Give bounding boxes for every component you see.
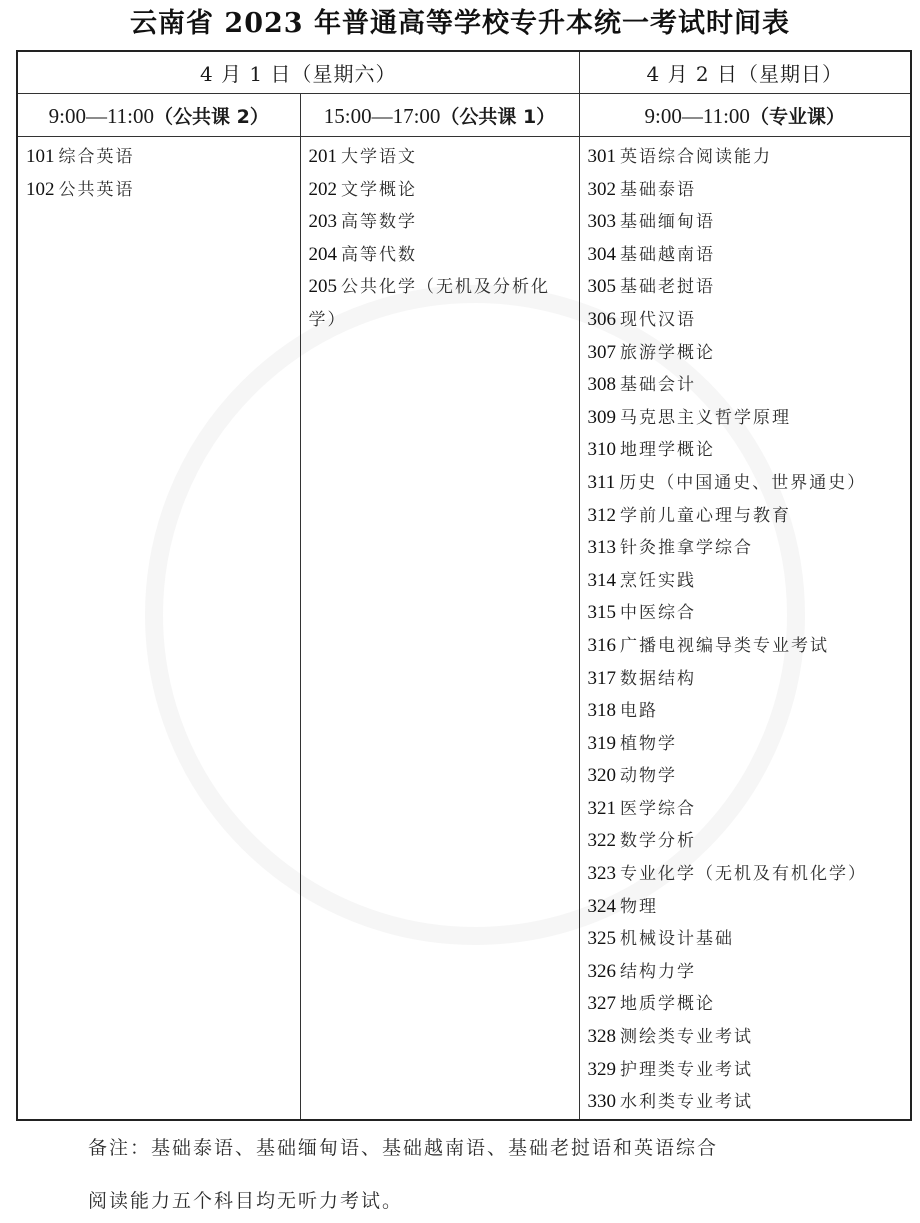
subject-code: 102	[26, 179, 55, 200]
session-header-row: 9:00—11:00（公共课 2） 15:00—17:00（公共课 1） 9:0…	[17, 94, 911, 137]
subject-item: 102公共英语	[26, 174, 300, 207]
subject-code: 325	[588, 928, 617, 949]
subject-code: 323	[588, 863, 617, 884]
subject-code: 101	[26, 146, 55, 167]
subject-code: 309	[588, 407, 617, 428]
subject-item: 205公共化学（无机及分析化学）	[309, 271, 579, 336]
subject-name: 英语综合阅读能力	[620, 147, 772, 167]
subject-code: 311	[588, 472, 616, 493]
subject-name: 数学分析	[620, 831, 696, 851]
session-header-public-2: 9:00—11:00（公共课 2）	[17, 94, 300, 137]
subject-item: 309马克思主义哲学原理	[588, 402, 911, 435]
subject-item: 301英语综合阅读能力	[588, 141, 911, 174]
subject-code: 308	[588, 374, 617, 395]
subject-item: 204高等代数	[309, 239, 579, 272]
subject-code: 302	[588, 179, 617, 200]
subject-code: 319	[588, 733, 617, 754]
session-type: （公共课 1）	[440, 106, 555, 128]
subject-name: 医学综合	[620, 799, 696, 819]
subject-code: 301	[588, 146, 617, 167]
session-time: 15:00—17:00	[324, 104, 441, 128]
subject-name: 综合英语	[59, 147, 135, 167]
subject-code: 203	[309, 211, 338, 232]
subjects-row: 101综合英语102公共英语 201大学语文202文学概论203高等数学204高…	[17, 137, 911, 1121]
subject-item: 319植物学	[588, 728, 911, 761]
subject-code: 306	[588, 309, 617, 330]
subject-name: 测绘类专业考试	[620, 1027, 753, 1047]
subject-name: 地理学概论	[620, 440, 715, 460]
subject-code: 322	[588, 830, 617, 851]
subject-item: 324物理	[588, 891, 911, 924]
subject-item: 311历史（中国通史、世界通史）	[588, 467, 911, 500]
subject-name: 护理类专业考试	[620, 1060, 753, 1080]
subject-code: 303	[588, 211, 617, 232]
subject-code: 330	[588, 1091, 617, 1112]
subject-item: 316广播电视编导类专业考试	[588, 630, 911, 663]
subject-name: 电路	[620, 701, 658, 721]
subject-item: 203高等数学	[309, 206, 579, 239]
subject-name: 基础泰语	[620, 180, 696, 200]
subject-code: 205	[309, 276, 338, 297]
subject-code: 324	[588, 896, 617, 917]
subject-name: 物理	[620, 897, 658, 917]
subject-code: 310	[588, 439, 617, 460]
subject-name: 基础会计	[620, 375, 696, 395]
subject-name: 专业化学（无机及有机化学）	[620, 864, 867, 884]
subject-name: 结构力学	[620, 962, 696, 982]
session-time: 9:00—11:00	[49, 104, 154, 128]
document-title: 云南省 2023 年普通高等学校专升本统一考试时间表	[0, 4, 920, 44]
subject-item: 312学前儿童心理与教育	[588, 500, 911, 533]
subject-name: 马克思主义哲学原理	[620, 408, 791, 428]
subject-name: 地质学概论	[620, 994, 715, 1014]
subject-code: 201	[309, 146, 338, 167]
subject-item: 315中医综合	[588, 597, 911, 630]
subject-name: 公共英语	[59, 180, 135, 200]
subject-item: 320动物学	[588, 760, 911, 793]
subject-item: 308基础会计	[588, 369, 911, 402]
subject-item: 304基础越南语	[588, 239, 911, 272]
subject-name: 文学概论	[341, 180, 417, 200]
subject-item: 305基础老挝语	[588, 271, 911, 304]
subject-code: 320	[588, 765, 617, 786]
subject-item: 303基础缅甸语	[588, 206, 911, 239]
subject-item: 330水利类专业考试	[588, 1086, 911, 1119]
subject-item: 329护理类专业考试	[588, 1054, 911, 1087]
subject-name: 针灸推拿学综合	[620, 538, 753, 558]
subject-item: 302基础泰语	[588, 174, 911, 207]
date-header-apr-1: 4 月 1 日（星期六）	[17, 51, 579, 94]
subject-code: 313	[588, 537, 617, 558]
subject-code: 326	[588, 961, 617, 982]
subject-name: 大学语文	[341, 147, 417, 167]
subject-item: 201大学语文	[309, 141, 579, 174]
subject-name: 广播电视编导类专业考试	[620, 636, 829, 656]
subject-item: 101综合英语	[26, 141, 300, 174]
subject-name: 基础老挝语	[620, 277, 715, 297]
subject-code: 204	[309, 244, 338, 265]
date-header-apr-2: 4 月 2 日（星期日）	[579, 51, 911, 94]
subject-name: 基础越南语	[620, 245, 715, 265]
subject-code: 304	[588, 244, 617, 265]
subject-code: 305	[588, 276, 617, 297]
subject-item: 306现代汉语	[588, 304, 911, 337]
subject-item: 307旅游学概论	[588, 337, 911, 370]
subjects-column-public-1: 201大学语文202文学概论203高等数学204高等代数205公共化学（无机及分…	[300, 137, 579, 1121]
subject-name: 旅游学概论	[620, 343, 715, 363]
subject-name: 高等数学	[341, 212, 417, 232]
subject-item: 314烹饪实践	[588, 565, 911, 598]
subject-code: 316	[588, 635, 617, 656]
subject-code: 307	[588, 342, 617, 363]
subject-name: 数据结构	[620, 669, 696, 689]
subject-name: 高等代数	[341, 245, 417, 265]
subject-name: 现代汉语	[620, 310, 696, 330]
subjects-column-major: 301英语综合阅读能力302基础泰语303基础缅甸语304基础越南语305基础老…	[579, 137, 911, 1121]
subject-code: 329	[588, 1059, 617, 1080]
session-type: （公共课 2）	[154, 106, 269, 128]
subject-code: 327	[588, 993, 617, 1014]
session-header-public-1: 15:00—17:00（公共课 1）	[300, 94, 579, 137]
subject-code: 317	[588, 668, 617, 689]
subject-name: 公共化学（无机及分析化学）	[309, 277, 551, 330]
subject-item: 327地质学概论	[588, 988, 911, 1021]
subject-code: 202	[309, 179, 338, 200]
subject-item: 325机械设计基础	[588, 923, 911, 956]
subject-name: 历史（中国通史、世界通史）	[619, 473, 866, 493]
exam-schedule-table: 4 月 1 日（星期六） 4 月 2 日（星期日） 9:00—11:00（公共课…	[16, 50, 912, 1121]
subject-item: 310地理学概论	[588, 434, 911, 467]
note-line-2: 阅读能力五个科目均无听力考试。	[88, 1186, 878, 1213]
subjects-column-public-2: 101综合英语102公共英语	[17, 137, 300, 1121]
subject-code: 315	[588, 602, 617, 623]
subject-name: 动物学	[620, 766, 677, 786]
session-header-major: 9:00—11:00（专业课）	[579, 94, 911, 137]
subject-name: 植物学	[620, 734, 677, 754]
subject-item: 317数据结构	[588, 663, 911, 696]
subject-item: 202文学概论	[309, 174, 579, 207]
subject-code: 318	[588, 700, 617, 721]
subject-item: 313针灸推拿学综合	[588, 532, 911, 565]
subject-item: 318电路	[588, 695, 911, 728]
subject-item: 323专业化学（无机及有机化学）	[588, 858, 911, 891]
subject-name: 中医综合	[620, 603, 696, 623]
subject-item: 321医学综合	[588, 793, 911, 826]
subject-code: 314	[588, 570, 617, 591]
subject-item: 328测绘类专业考试	[588, 1021, 911, 1054]
session-type: （专业课）	[750, 106, 845, 128]
date-header-row: 4 月 1 日（星期六） 4 月 2 日（星期日）	[17, 51, 911, 94]
subject-name: 基础缅甸语	[620, 212, 715, 232]
subject-code: 312	[588, 505, 617, 526]
subject-name: 水利类专业考试	[620, 1092, 753, 1112]
session-time: 9:00—11:00	[645, 104, 750, 128]
subject-code: 328	[588, 1026, 617, 1047]
subject-name: 机械设计基础	[620, 929, 734, 949]
subject-item: 326结构力学	[588, 956, 911, 989]
subject-name: 学前儿童心理与教育	[620, 506, 791, 526]
subject-name: 烹饪实践	[620, 571, 696, 591]
subject-item: 322数学分析	[588, 825, 911, 858]
subject-code: 321	[588, 798, 617, 819]
note-line-1: 备注：基础泰语、基础缅甸语、基础越南语、基础老挝语和英语综合	[88, 1133, 878, 1160]
